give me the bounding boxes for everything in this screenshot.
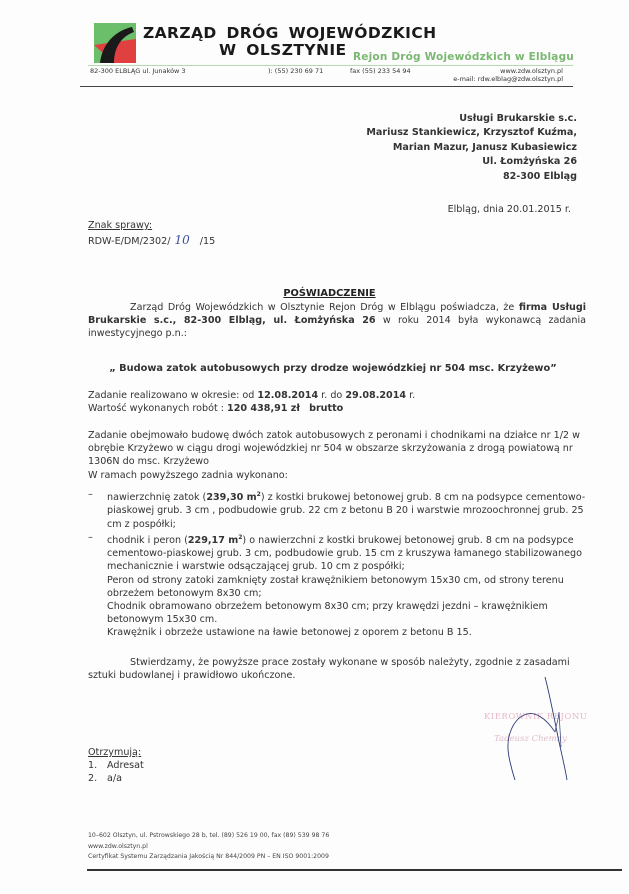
reference-number: RDW-E/DM/2302/10/15 xyxy=(88,233,215,247)
item-number: 2. xyxy=(88,772,107,785)
recipient-item: 2.a/a xyxy=(88,772,144,785)
value-line: Wartość wykonanych robót : 120 438,91 zł… xyxy=(88,402,586,415)
subunit-name: Rejon Dróg Wojewódzkich w Elblągu xyxy=(353,51,574,63)
scope-item-text: chodnik i peron (229,17 m2) o nawierzchn… xyxy=(107,531,586,574)
signature-icon xyxy=(465,672,615,782)
reference-label: Znak sprawy: xyxy=(88,220,152,231)
recipients-label: Otrzymują: xyxy=(88,747,141,758)
road-curve-logo-icon xyxy=(94,23,136,63)
header-address: 82-300 ELBLĄG ul. Junaków 3 xyxy=(90,67,186,75)
header-rule xyxy=(80,86,573,87)
reference-handwritten-number: 10 xyxy=(174,233,189,247)
scope-item-text: nawierzchnię zatok (239,30 m2) z kostki … xyxy=(107,488,586,531)
scope-text: nawierzchnię zatok ( xyxy=(107,492,206,503)
header-email: e-mail: rdw.elblag@zdw.olsztyn.pl xyxy=(453,75,563,83)
description-paragraph: Zadanie obejmowało budowę dwóch zatok au… xyxy=(88,429,586,482)
area-value: 239,30 m xyxy=(206,492,256,503)
period-and-value: Zadanie realizowano w okresie: od 12.08.… xyxy=(88,389,586,415)
description-text: Zadanie obejmowało budowę dwóch zatok au… xyxy=(88,429,586,469)
task-name: „ Budowa zatok autobusowych przy drodze … xyxy=(80,362,586,375)
intro-text: Zarząd Dróg Wojewódzkich w Olsztynie Rej… xyxy=(130,302,519,313)
item-number: 1. xyxy=(88,759,107,772)
scope-continuation: Krawężnik i obrzeże ustawione na ławie b… xyxy=(88,626,586,639)
header-phone: ): (55) 230 69 71 xyxy=(268,67,323,75)
footer: 10–602 Olsztyn, ul. Pstrowskiego 28 b, t… xyxy=(88,831,329,863)
item-name: Adresat xyxy=(107,760,144,771)
item-name: a/a xyxy=(107,773,122,784)
footer-rule xyxy=(87,869,622,871)
header-divider xyxy=(88,65,573,66)
org-name-line1: ZARZĄD DRÓG WOJEWÓDZKICH xyxy=(143,24,437,42)
area-value: 229,17 m xyxy=(188,535,238,546)
scope-item: – nawierzchnię zatok (239,30 m2) z kostk… xyxy=(88,488,586,531)
document-page: ZARZĄD DRÓG WOJEWÓDZKICH W OLSZTYNIE Rej… xyxy=(0,0,629,894)
period-end: 29.08.2014 xyxy=(345,390,406,401)
scope-continuation: Chodnik obramowano obrzeżem betonowym 8x… xyxy=(88,600,586,626)
scope-area: 239,30 m2 xyxy=(206,492,261,503)
recipient-item: 1.Adresat xyxy=(88,759,144,772)
value-suffix: brutto xyxy=(309,403,343,414)
period-line: Zadanie realizowano w okresie: od 12.08.… xyxy=(88,389,586,402)
header-fax: fax (55) 233 54 94 xyxy=(350,67,411,75)
scope-text: chodnik i peron ( xyxy=(107,535,188,546)
scope-continuation: Peron od strony zatoki zamknięty został … xyxy=(88,574,586,600)
scope-list: – nawierzchnię zatok (239,30 m2) z kostk… xyxy=(88,488,586,640)
recipient-line: 82-300 Elbląg xyxy=(366,170,577,184)
recipient-line: Ul. Łomżyńska 26 xyxy=(366,155,577,169)
dash-bullet-icon: – xyxy=(88,531,107,574)
dash-bullet-icon: – xyxy=(88,488,107,531)
footer-website: www.zdw.olsztyn.pl xyxy=(88,842,329,853)
footer-address: 10–602 Olsztyn, ul. Pstrowskiego 28 b, t… xyxy=(88,831,329,842)
period-sep: r. do xyxy=(318,390,345,401)
value-amount: 120 438,91 zł xyxy=(227,403,300,414)
footer-certificate: Certyfikat Systemu Zarządzania Jakością … xyxy=(88,852,329,863)
period-label: Zadanie realizowano w okresie: od xyxy=(88,390,257,401)
period-start: 12.08.2014 xyxy=(257,390,318,401)
place-date: Elbląg, dnia 20.01.2015 r. xyxy=(448,204,571,215)
recipient-address: Usługi Brukarskie s.c. Mariusz Stankiewi… xyxy=(366,112,577,184)
scope-area: 229,17 m2 xyxy=(188,535,243,546)
recipient-line: Marian Mazur, Janusz Kubasiewicz xyxy=(366,141,577,155)
reference-suffix: /15 xyxy=(200,236,215,247)
scope-intro: W ramach powyższego zadnia wykonano: xyxy=(88,469,586,482)
period-suffix: r. xyxy=(406,390,415,401)
header-website: www.zdw.olsztyn.pl xyxy=(500,67,563,75)
reference-prefix: RDW-E/DM/2302/ xyxy=(88,236,170,247)
document-title: POŚWIADCZENIE xyxy=(0,288,629,299)
scope-item: – chodnik i peron (229,17 m2) o nawierzc… xyxy=(88,531,586,574)
intro-paragraph: Zarząd Dróg Wojewódzkich w Olsztynie Rej… xyxy=(88,301,586,341)
recipients-list: 1.Adresat 2.a/a xyxy=(88,759,144,785)
recipient-line: Mariusz Stankiewicz, Krzysztof Kuźma, xyxy=(366,126,577,140)
recipient-line: Usługi Brukarskie s.c. xyxy=(366,112,577,126)
org-name-line2: W OLSZTYNIE xyxy=(219,41,346,59)
value-label: Wartość wykonanych robót : xyxy=(88,403,227,414)
